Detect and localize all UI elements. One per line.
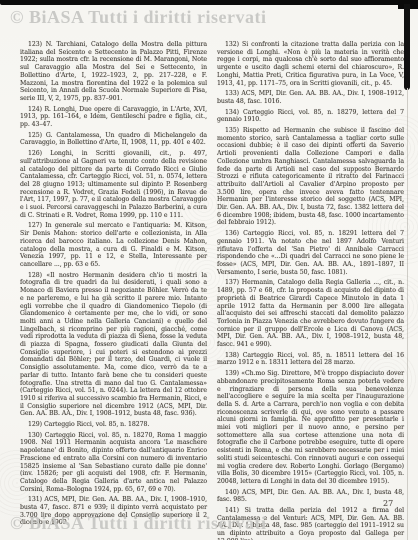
- page-number: 27: [383, 499, 393, 508]
- footnote-entry: 123) N. Tarchiani, Catalogo della Mostra…: [20, 41, 207, 103]
- footnotes-column-right: 132) Si confronti la citazione tratta da…: [217, 41, 404, 493]
- footnote-entry: 133) ACS, MPI, Dir. Gen. AA. BB. AA., Di…: [217, 90, 404, 105]
- footnote-entry: 132) Si confronti la citazione tratta da…: [217, 41, 404, 87]
- scanned-page: © BiASA Tutti i diritti riservati 123) N…: [0, 0, 418, 540]
- footnote-entry: 138) Carteggio Ricci, vol. 85, n. 18511 …: [217, 352, 404, 367]
- footnote-entry: 139) «Ch.mo Sig. Direttore, M'è troppo d…: [217, 370, 404, 486]
- footnote-entry: 129) Carteggio Ricci, vol. 85, n. 18278.: [20, 421, 207, 429]
- scan-artifact-right-bar: [404, 4, 410, 90]
- footnote-entry: 137) Hermanin, Catalogo della Regia Gall…: [217, 279, 404, 348]
- footnote-entry: 140) ACS, MPI, Dir. Gen. AA. BB. AA., Di…: [217, 489, 404, 504]
- footnote-entry: 124) R. Longhi, Due opere di Caravaggio,…: [20, 106, 207, 129]
- page-edge-line: [407, 88, 408, 540]
- footnote-entry: 125) G. Cantalamessa, Un quadro di Miche…: [20, 132, 207, 147]
- footnote-entry: 127) In generale sul mercato e l'antiqua…: [20, 222, 207, 268]
- scan-artifact-top-bar: [0, 0, 418, 5]
- watermark-bottom: © BiASA Tutti i diritti riservati: [10, 513, 266, 534]
- footnotes-column-left: 123) N. Tarchiani, Catalogo della Mostra…: [20, 41, 207, 493]
- watermark-top: © BiASA Tutti i diritti riservati: [10, 7, 266, 28]
- footnote-entry: 135) Rispetto ad Hermanin che subisce il…: [217, 127, 404, 227]
- footnote-entry: 130) Carteggio Ricci, vol. 85, n. 18270,…: [20, 432, 207, 494]
- footnote-entry: 126) Longhi, in Scritti giovanili, cit.,…: [20, 150, 207, 219]
- footnote-entry: 136) Carteggio Ricci, vol. 85, n. 18291 …: [217, 230, 404, 276]
- footnote-entry: 128) «Il nostro Hermanin desidera ch'io …: [20, 272, 207, 418]
- footnote-entry: 134) Carteggio Ricci, vol. 85, n. 18279,…: [217, 109, 404, 124]
- footnotes-area: 123) N. Tarchiani, Catalogo della Mostra…: [20, 41, 404, 493]
